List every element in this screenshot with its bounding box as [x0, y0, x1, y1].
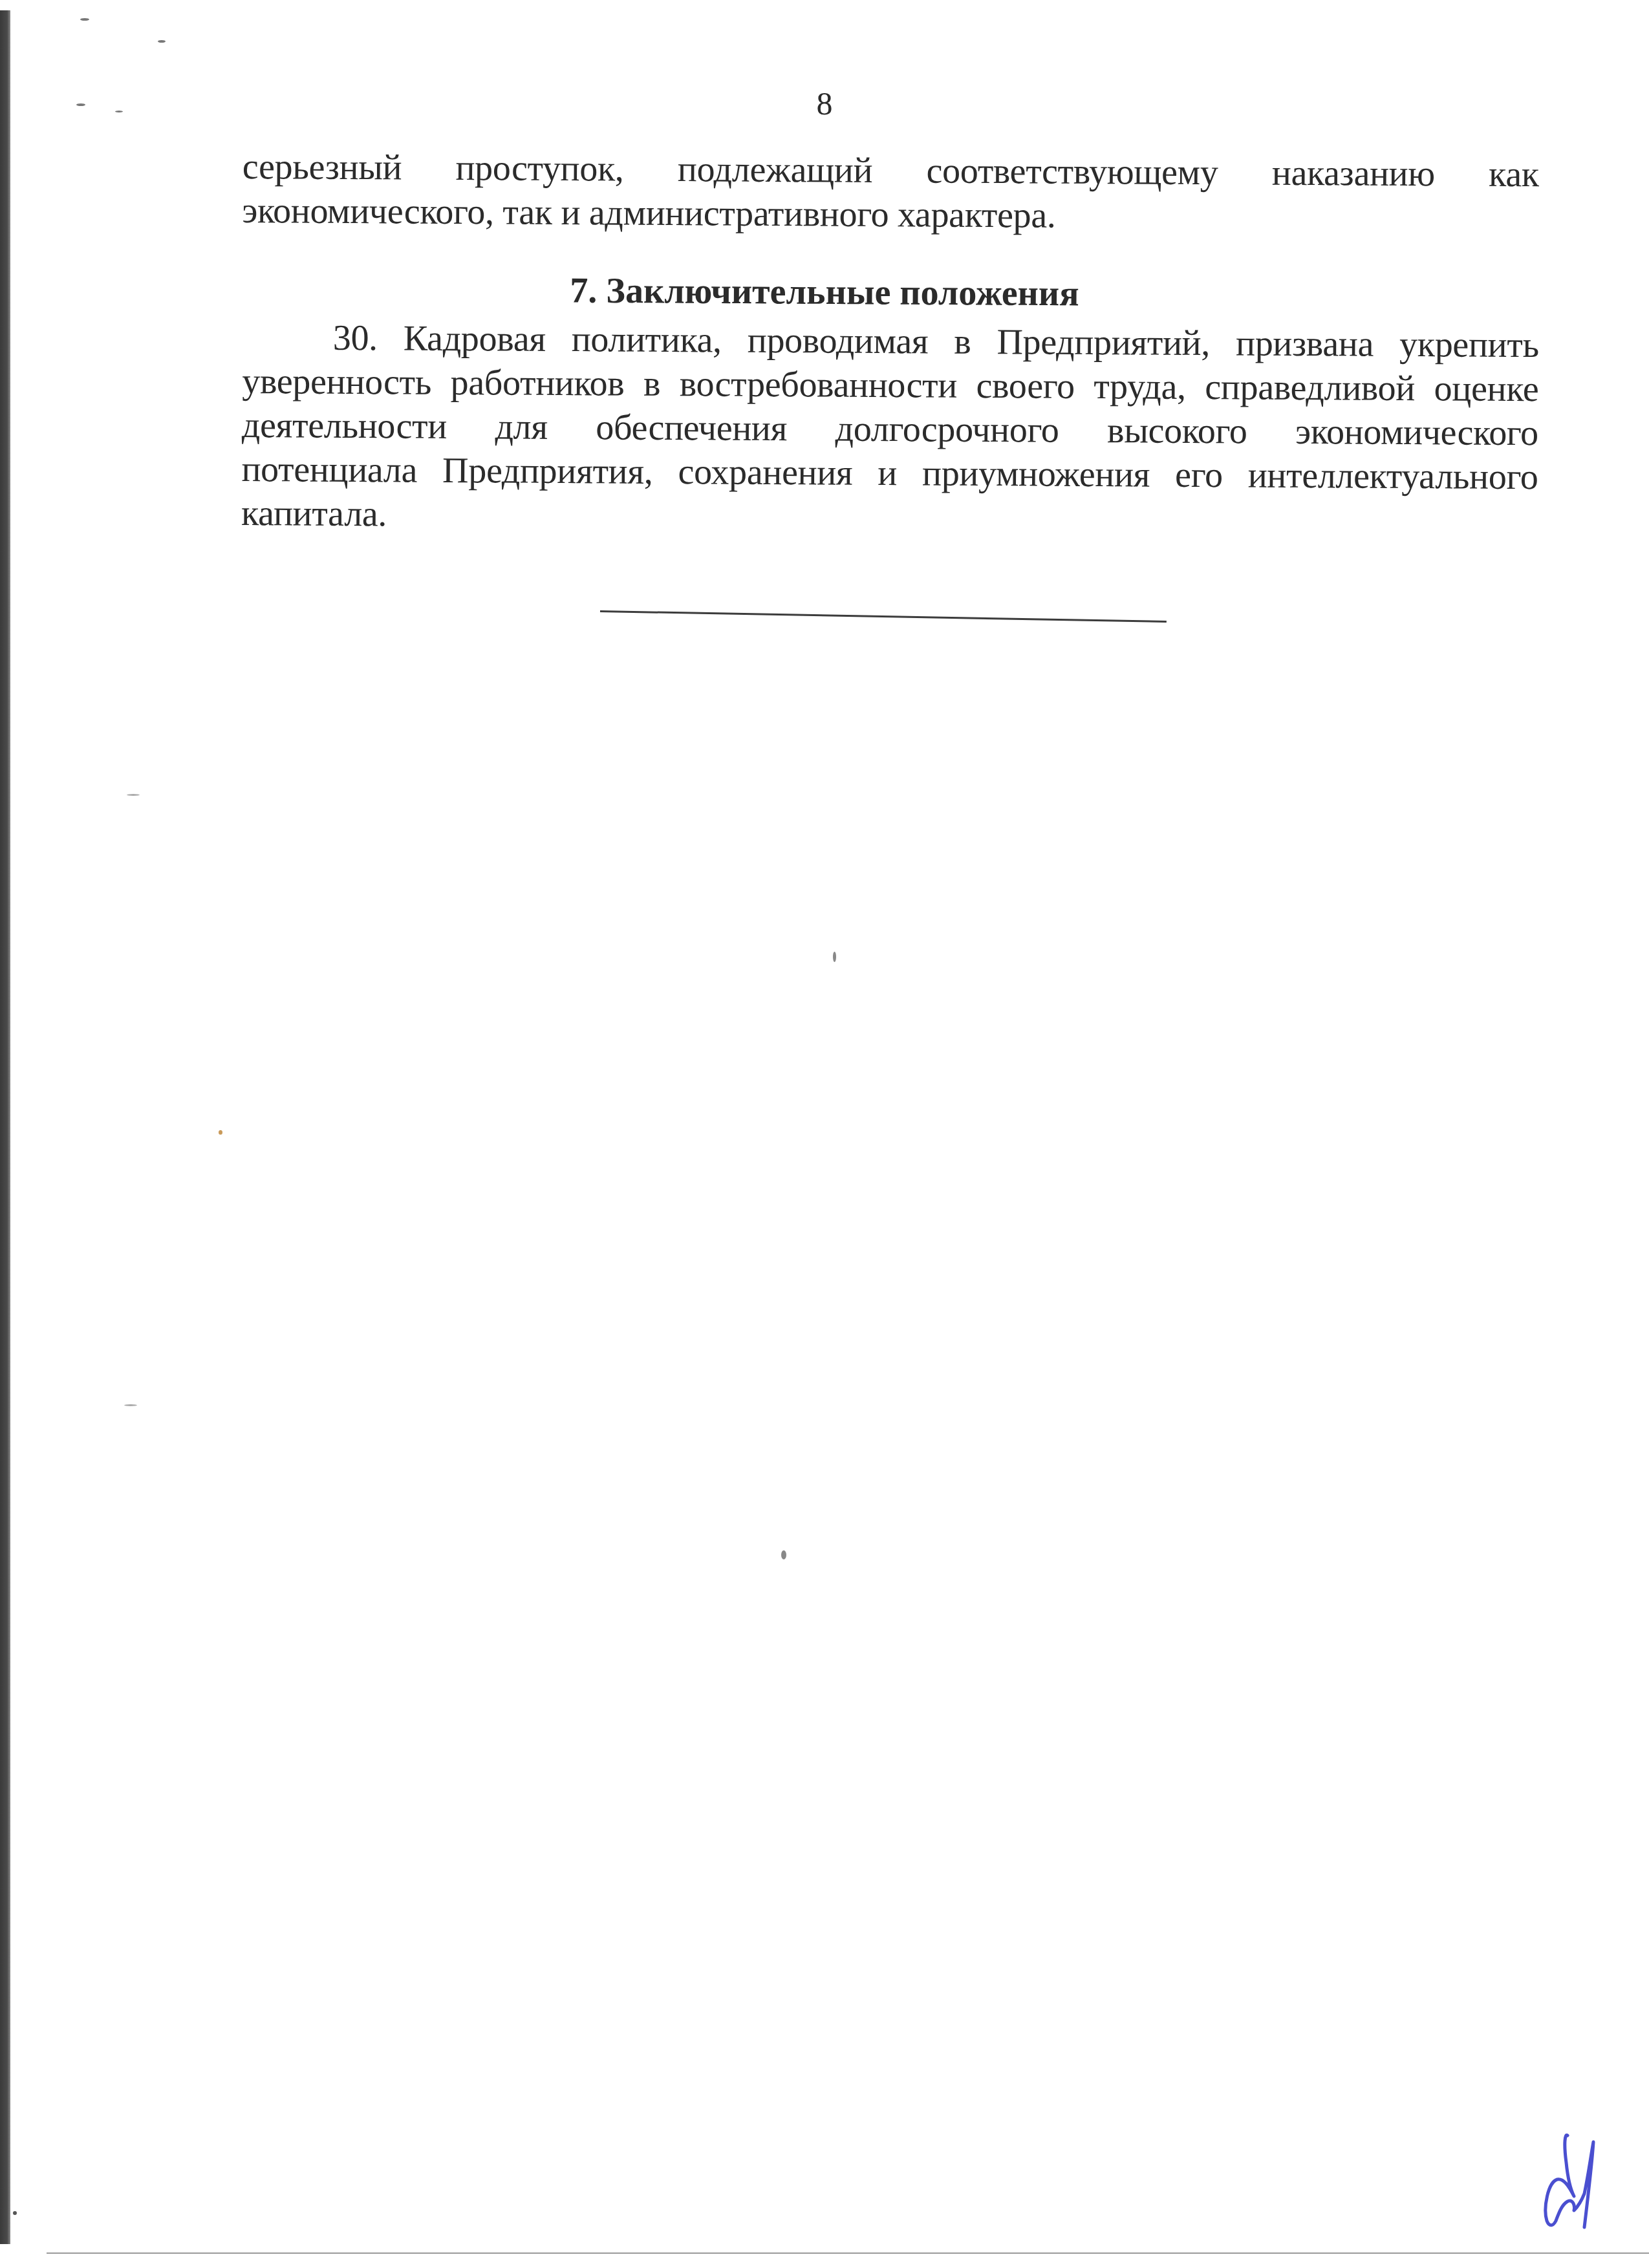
paragraph-line: серьезный проступок, подлежащий соответс…	[242, 145, 1539, 197]
separator-line	[600, 610, 1167, 623]
scan-speck	[219, 1130, 222, 1135]
scan-speck	[80, 18, 89, 21]
scan-speck	[158, 40, 166, 43]
paragraph-line: потенциала Предприятия, сохранения и при…	[241, 447, 1538, 499]
paragraph-line: 30. Кадровая политика, проводимая в Пред…	[242, 316, 1539, 367]
scan-speck	[781, 1550, 786, 1559]
paragraph-line: экономического, так и административного …	[242, 189, 1538, 241]
paragraph-line: капитала.	[241, 491, 1538, 543]
scan-speck	[127, 794, 140, 796]
signature-initials-icon	[1539, 2124, 1610, 2240]
section-heading: 7. Заключительные положения	[0, 265, 1649, 319]
scan-edge-bottom	[47, 2252, 1649, 2254]
continued-paragraph: серьезный проступок, подлежащий соответс…	[242, 145, 1539, 241]
page-number: 8	[0, 84, 1649, 123]
clause-30-paragraph: 30. Кадровая политика, проводимая в Пред…	[241, 316, 1539, 543]
scan-edge-left	[0, 10, 10, 2244]
scan-speck	[13, 2211, 17, 2215]
scan-speck	[124, 1404, 137, 1406]
scan-speck	[833, 952, 836, 962]
paragraph-line: деятельности для обеспечения долгосрочно…	[242, 403, 1538, 455]
paragraph-line: уверенность работников в востребованност…	[242, 359, 1538, 411]
